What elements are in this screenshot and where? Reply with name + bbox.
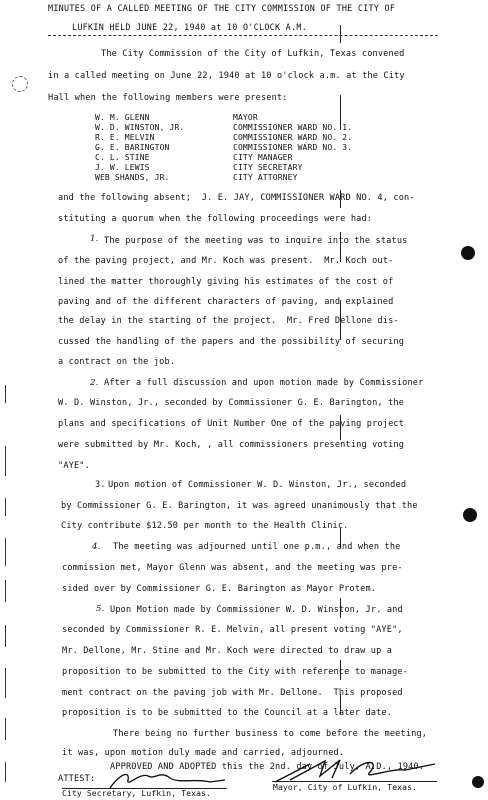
item-2-line: "AYE". bbox=[58, 461, 90, 471]
item-1-line: a contract on the job. bbox=[58, 357, 175, 367]
intro-line: Hall when the following members were pre… bbox=[48, 93, 288, 103]
title-divider bbox=[48, 35, 438, 36]
margin-mark bbox=[5, 762, 6, 782]
secretary-caption: City Secretary, Lufkin, Texas. bbox=[62, 789, 211, 799]
item-2-line: plans and specifications of Unit Number … bbox=[58, 419, 404, 429]
margin-mark bbox=[5, 538, 6, 566]
item-5-line: Mr. Dellone, Mr. Stine and Mr. Koch were… bbox=[62, 646, 392, 656]
member-name: W. D. WINSTON, JR. bbox=[95, 123, 184, 133]
item-4-line: commission met, Mayor Glenn was absent, … bbox=[62, 563, 403, 573]
item-number: 2. bbox=[90, 378, 99, 388]
fold-mark bbox=[340, 25, 341, 43]
margin-mark bbox=[5, 446, 6, 476]
item-3-line: City contribute $12.50 per month to the … bbox=[61, 521, 349, 531]
item-1-line: lined the matter thoroughly giving his e… bbox=[58, 277, 393, 287]
margin-mark bbox=[5, 580, 6, 602]
member-role: CITY MANAGER bbox=[233, 153, 293, 163]
intro-line: The City Commission of the City of Lufki… bbox=[101, 49, 404, 59]
item-number: 4. bbox=[92, 542, 101, 552]
margin-mark bbox=[5, 668, 6, 698]
item-3-line: by Commissioner G. E. Barington, it was … bbox=[61, 501, 418, 511]
margin-mark bbox=[5, 498, 6, 516]
document-title-line-1: MINUTES OF A CALLED MEETING OF THE CITY … bbox=[48, 3, 395, 13]
member-name: WEB SHANDS, JR. bbox=[95, 173, 170, 183]
margin-mark bbox=[5, 385, 6, 403]
member-role: CITY ATTORNEY bbox=[233, 173, 298, 183]
item-number: 3. bbox=[95, 480, 106, 490]
item-4-line: sided over by Commissioner G. E. Baringt… bbox=[62, 584, 376, 594]
member-name: R. E. MELVIN bbox=[95, 133, 155, 143]
item-1-line: The purpose of the meeting was to inquir… bbox=[104, 236, 407, 246]
document-title-line-2: LUFKIN HELD JUNE 22, 1940 at 10 O'CLOCK … bbox=[72, 22, 307, 32]
secretary-signature bbox=[100, 768, 230, 790]
item-5-line: seconded by Commissioner R. E. Melvin, a… bbox=[62, 625, 403, 635]
item-1-line: of the paving project, and Mr. Koch was … bbox=[58, 256, 393, 266]
item-4-line: The meeting was adjourned until one p.m.… bbox=[113, 542, 401, 552]
mayor-signature-line bbox=[272, 781, 437, 782]
margin-mark bbox=[5, 718, 6, 740]
item-2-line: W. D. Winston, Jr., seconded by Commissi… bbox=[58, 398, 404, 408]
member-role: CITY SECRETARY bbox=[233, 163, 303, 173]
item-5-line: Upon Motion made by Commissioner W. D. W… bbox=[110, 605, 403, 615]
item-5-line: proposition to be submitted to the City … bbox=[62, 667, 408, 677]
item-5-line: ment contract on the paving job with Mr.… bbox=[62, 688, 403, 698]
document-page: MINUTES OF A CALLED MEETING OF THE CITY … bbox=[0, 0, 488, 800]
item-number: 1. bbox=[90, 234, 99, 244]
punch-hole bbox=[463, 508, 477, 522]
punch-hole bbox=[461, 246, 475, 260]
member-role: COMMISSIONER WARD NO. 3. bbox=[233, 143, 352, 153]
item-1-line: paving and of the different characters o… bbox=[58, 297, 393, 307]
item-1-line: cussed the handling of the papers and th… bbox=[58, 337, 404, 347]
item-3-line: Upon motion of Commissioner W. D. Winsto… bbox=[108, 480, 406, 490]
item-2-line: were submitted by Mr. Koch, , all commis… bbox=[58, 440, 404, 450]
member-name: J. W. LEWIS bbox=[95, 163, 150, 173]
margin-mark bbox=[5, 625, 6, 647]
member-role: MAYOR bbox=[233, 113, 258, 123]
mayor-caption: Mayor, City of Lufkin, Texas. bbox=[273, 783, 417, 793]
punch-hole-outline bbox=[12, 76, 28, 92]
member-role: COMMISSIONER WARD NO. 1. bbox=[233, 123, 352, 133]
item-5-line: proposition is to be submitted to the Co… bbox=[62, 708, 392, 718]
absent-line: and the following absent; J. E. JAY, COM… bbox=[58, 193, 415, 203]
member-name: C. L. STINE bbox=[95, 153, 150, 163]
item-number: 5. bbox=[96, 604, 105, 614]
intro-line: in a called meeting on June 22, 1940 at … bbox=[48, 71, 405, 81]
member-role: COMMISSIONER WARD NO. 2. bbox=[233, 133, 352, 143]
closing-line: There being no further business to come … bbox=[113, 729, 427, 739]
attest-label: ATTEST: bbox=[58, 774, 95, 784]
member-name: G. E. BARINGTON bbox=[95, 143, 170, 153]
punch-hole bbox=[472, 776, 484, 788]
item-1-line: the delay in the starting of the project… bbox=[58, 316, 399, 326]
item-2-line: After a full discussion and upon motion … bbox=[104, 378, 423, 388]
member-name: W. M. GLENN bbox=[95, 113, 150, 123]
absent-line: stituting a quorum when the following pr… bbox=[58, 214, 372, 224]
